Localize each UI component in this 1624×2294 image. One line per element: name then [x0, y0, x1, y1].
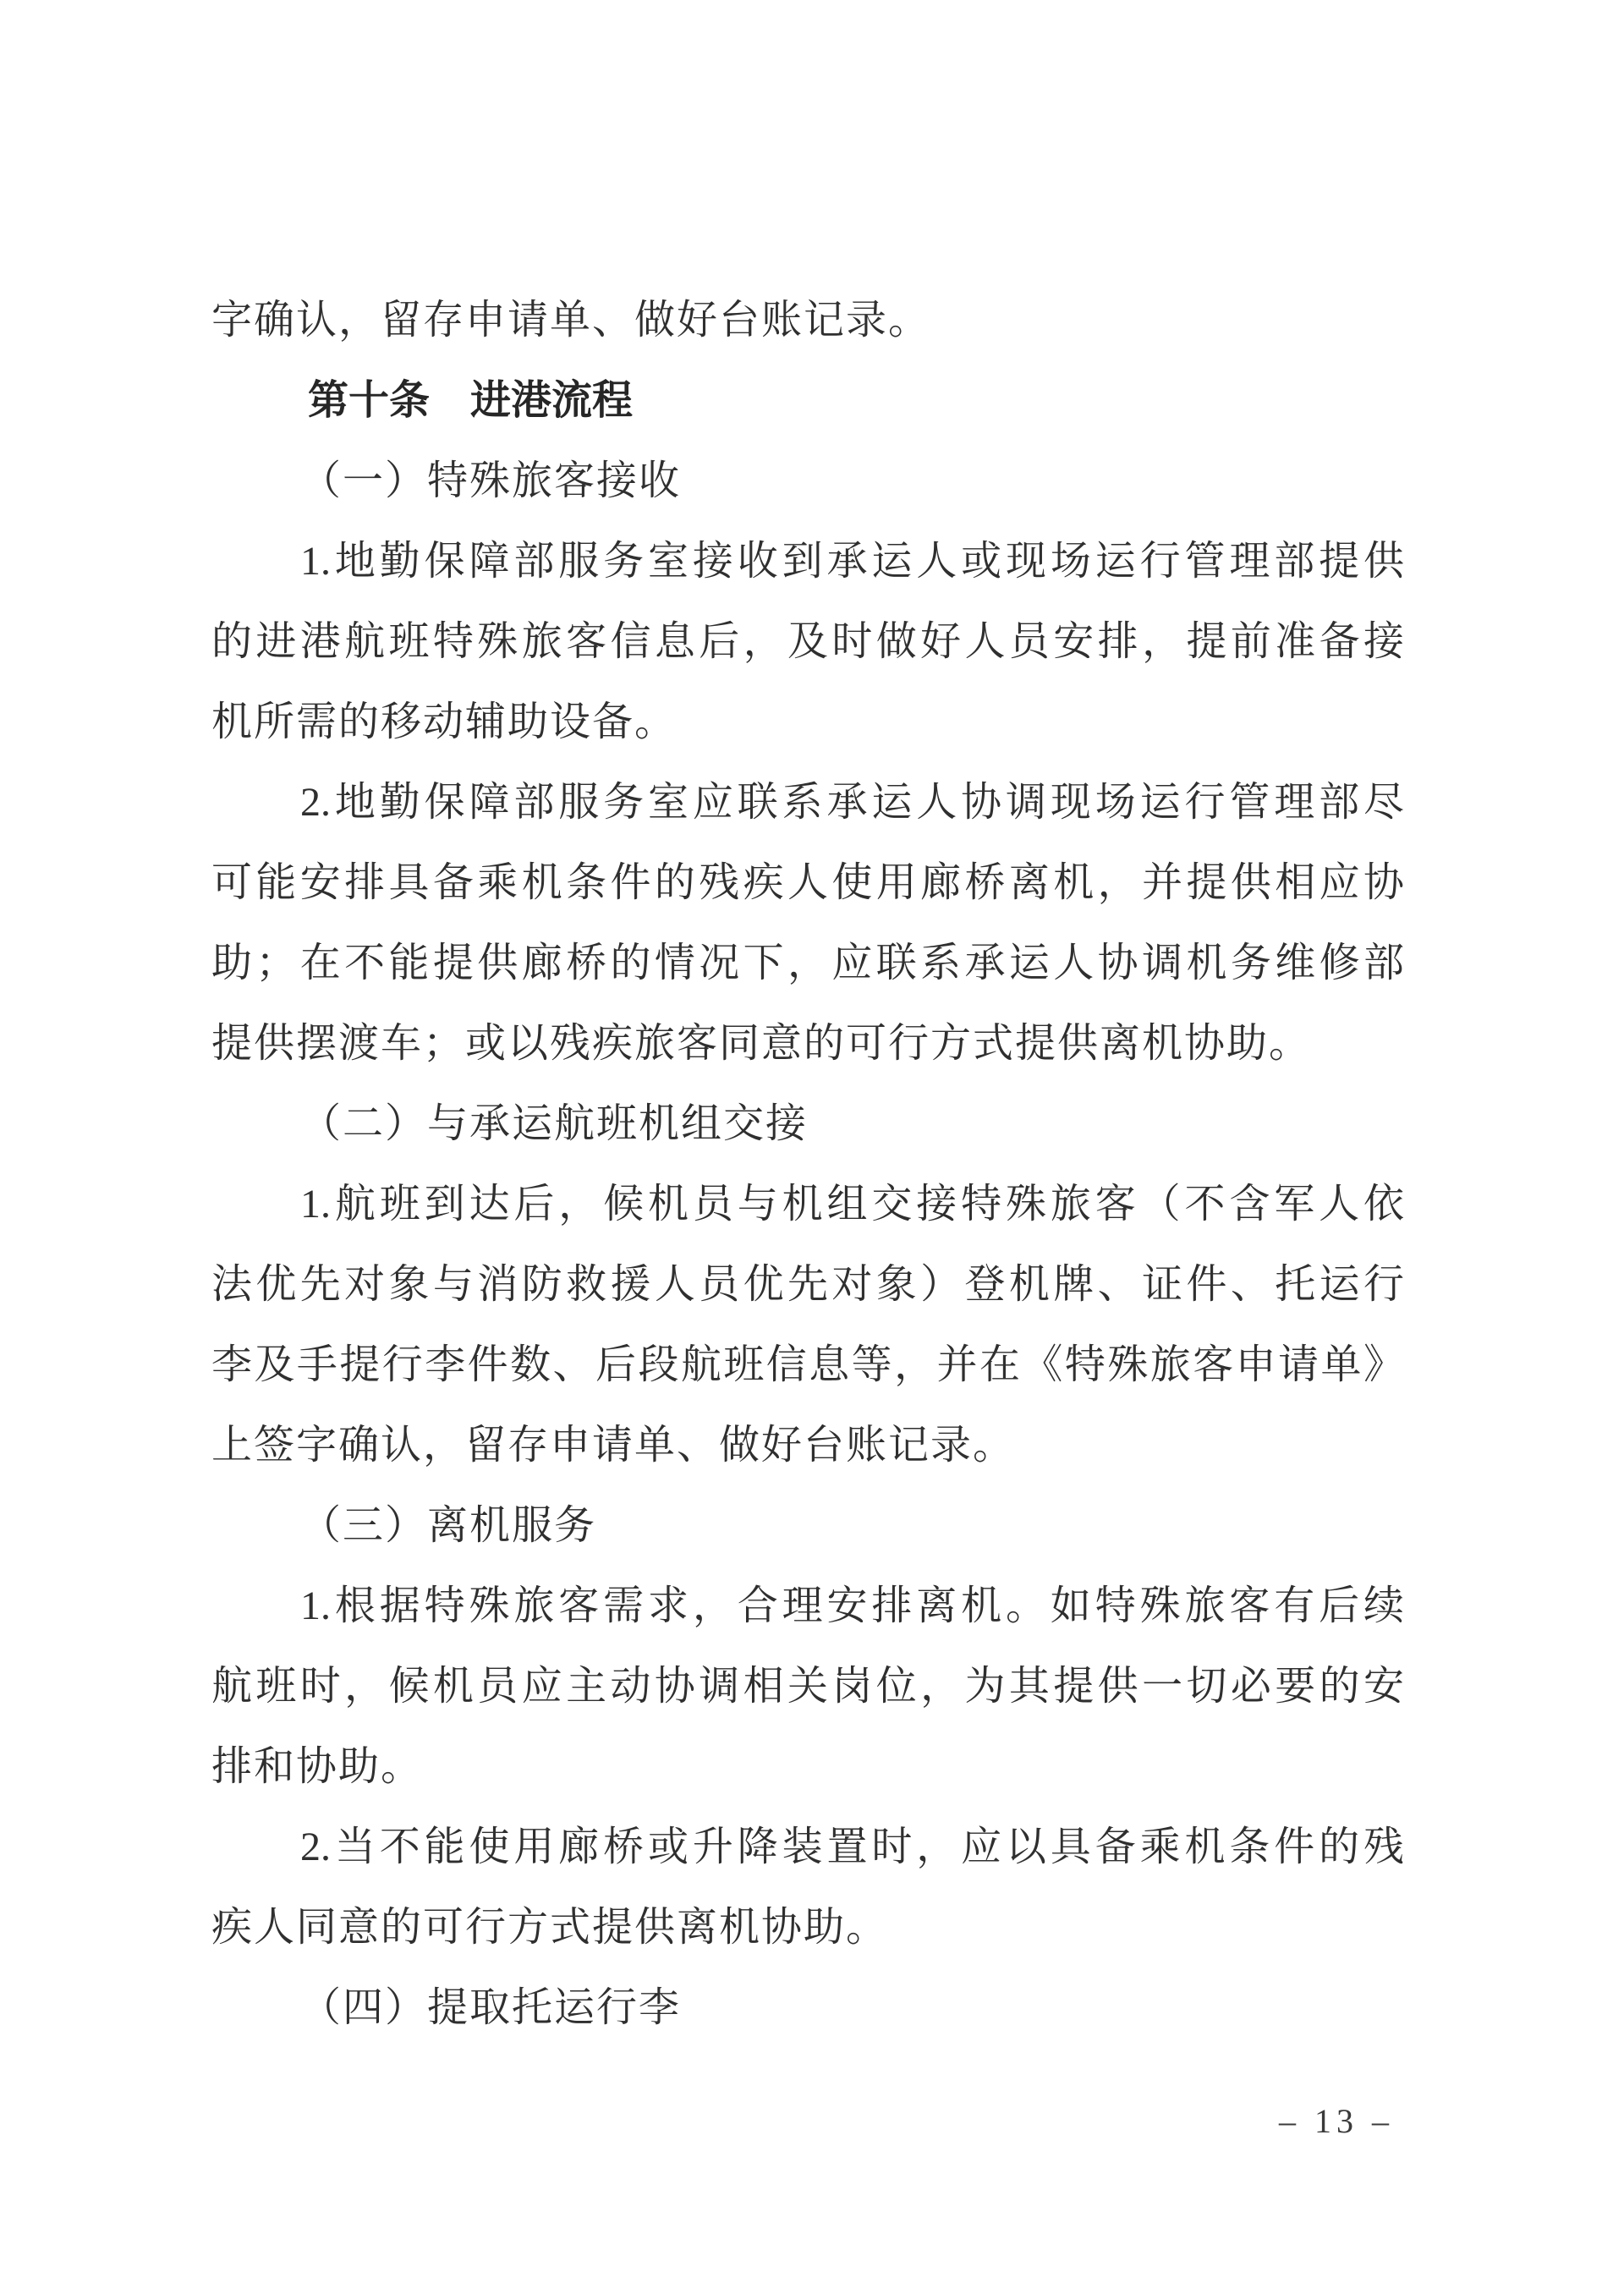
text-line: 字确认，留存申请单、做好台账记录。 [211, 280, 1404, 360]
article-heading: 第十条 进港流程 [211, 360, 1404, 441]
text-line: 航班时，候机员应主动协调相关岗位，为其提供一切必要的安 [211, 1646, 1404, 1726]
text-line: 提供摆渡车；或以残疾旅客同意的可行方式提供离机协助。 [211, 1003, 1404, 1084]
text-line: 排和协助。 [211, 1726, 1404, 1807]
section-label-line: （四）提取托运行李 [211, 1967, 1404, 2048]
text-line: 法优先对象与消防救援人员优先对象）登机牌、证件、托运行 [211, 1244, 1404, 1325]
text-line: 可能安排具备乘机条件的残疾人使用廊桥离机，并提供相应协 [211, 842, 1404, 923]
text-line: 1.航班到达后，候机员与机组交接特殊旅客（不含军人依 [211, 1164, 1404, 1244]
section-label-line: （二）与承运航班机组交接 [211, 1084, 1404, 1164]
text-line: 1.根据特殊旅客需求，合理安排离机。如特殊旅客有后续 [211, 1566, 1404, 1646]
document-page: 字确认，留存申请单、做好台账记录。 第十条 进港流程 （一）特殊旅客接收 1.地… [0, 0, 1624, 2294]
text-line: 疾人同意的可行方式提供离机协助。 [211, 1887, 1404, 1967]
page-number: – 13 – [1279, 2101, 1394, 2142]
text-line: 上签字确认，留存申请单、做好台账记录。 [211, 1405, 1404, 1485]
text-line: 1.地勤保障部服务室接收到承运人或现场运行管理部提供 [211, 521, 1404, 601]
text-line: 2.地勤保障部服务室应联系承运人协调现场运行管理部尽 [211, 762, 1404, 842]
section-label-line: （一）特殊旅客接收 [211, 441, 1404, 521]
text-line: 机所需的移动辅助设备。 [211, 682, 1404, 762]
text-line: 的进港航班特殊旅客信息后，及时做好人员安排，提前准备接 [211, 601, 1404, 682]
text-line: 助；在不能提供廊桥的情况下，应联系承运人协调机务维修部 [211, 923, 1404, 1003]
section-label-line: （三）离机服务 [211, 1485, 1404, 1566]
document-text-block: 字确认，留存申请单、做好台账记录。 第十条 进港流程 （一）特殊旅客接收 1.地… [211, 280, 1404, 2048]
text-line: 2.当不能使用廊桥或升降装置时，应以具备乘机条件的残 [211, 1807, 1404, 1887]
text-line: 李及手提行李件数、后段航班信息等，并在《特殊旅客申请单》 [211, 1325, 1404, 1405]
